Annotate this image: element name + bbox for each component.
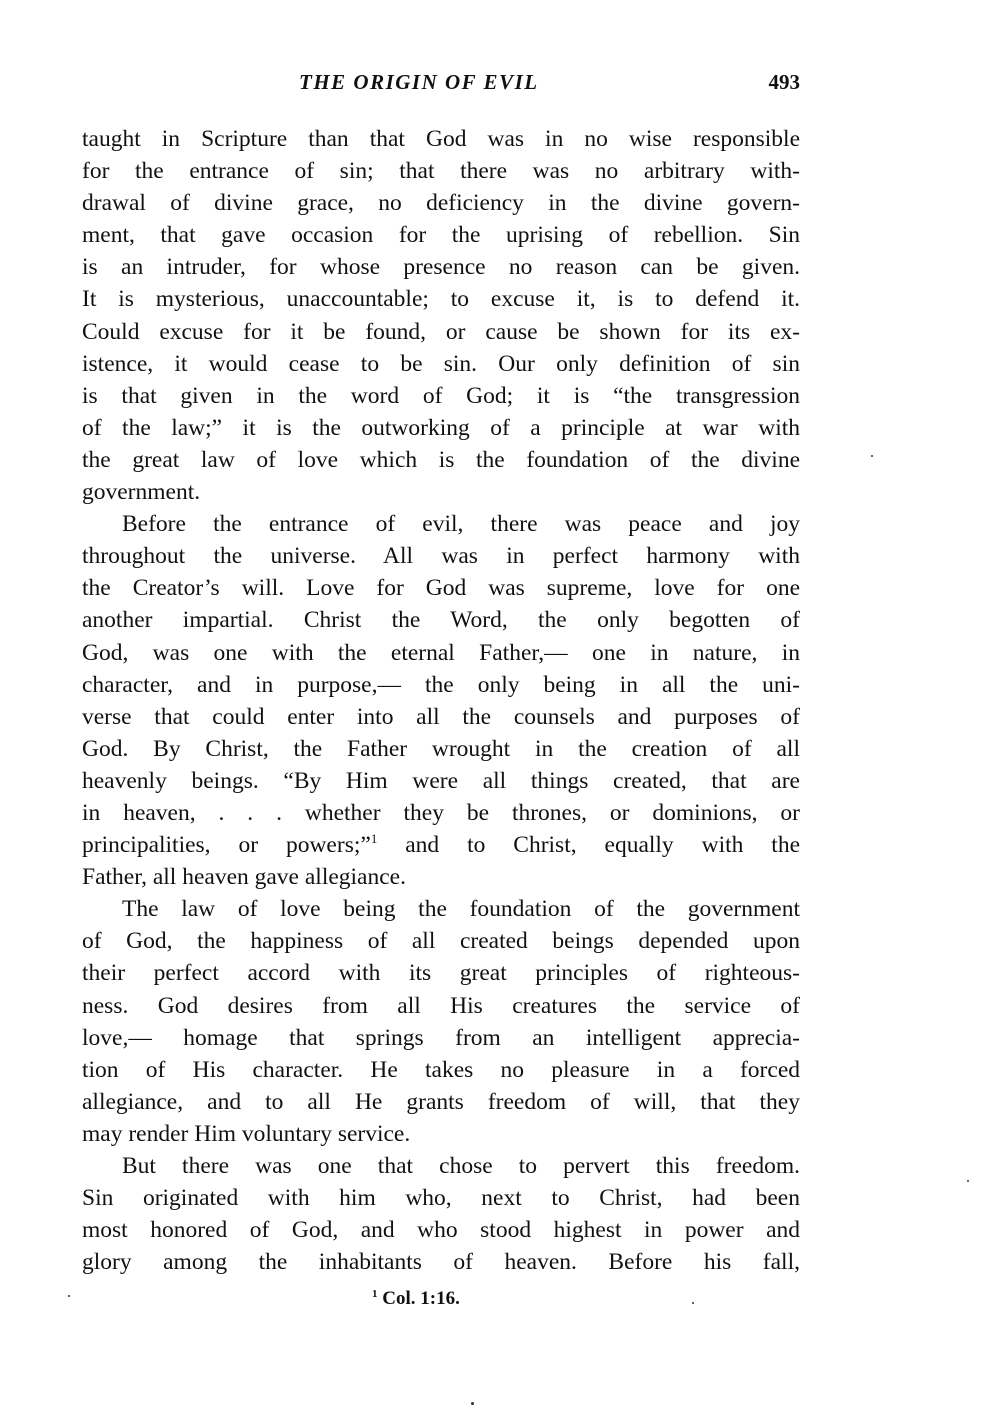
text-line: Before the entrance of evil, there was p… [82,508,800,540]
scan-speck [871,455,873,457]
text-line: drawal of divine grace, no deficiency in… [82,187,800,219]
paragraph-1: taught in Scripture than that God was in… [82,123,800,508]
footnote-text: Col. 1:16. [382,1288,460,1309]
text-line: in heaven, . . . whether they be thrones… [82,797,800,829]
text-line: Sin originated with him who, next to Chr… [82,1182,800,1214]
text-line: is an intruder, for whose presence no re… [82,251,800,283]
text-line: God, was one with the eternal Father,— o… [82,637,800,669]
footnote-marker: 1 [372,1288,378,1300]
text-line: for the entrance of sin; that there was … [82,155,800,187]
scan-speck [967,1180,969,1182]
paragraph-3: The law of love being the foundation of … [82,893,800,1150]
text-line: verse that could enter into all the coun… [82,701,800,733]
text-line: their perfect accord with its great prin… [82,957,800,989]
text-line: the great law of love which is the found… [82,444,800,476]
text-line: The law of love being the foundation of … [82,893,800,925]
text-line: character, and in purpose,— the only bei… [82,669,800,701]
text-line: the Creator’s will. Love for God was sup… [82,572,800,604]
text-line: ment, that gave occasion for the uprisin… [82,219,800,251]
text-line: ness. God desires from all His creatures… [82,990,800,1022]
text-line: tion of His character. He takes no pleas… [82,1054,800,1086]
scan-speck [692,1302,694,1304]
text-line: throughout the universe. All was in perf… [82,540,800,572]
running-title: THE ORIGIN OF EVIL [299,70,539,95]
scan-speck [471,1402,474,1405]
text-line: taught in Scripture than that God was in… [82,123,800,155]
text-line: another impartial. Christ the Word, the … [82,604,800,636]
body-text: taught in Scripture than that God was in… [82,123,800,1278]
text-line-with-footnote: principalities, or powers;”1 and to Chri… [82,829,800,861]
scan-speck [68,1295,70,1297]
text-line: love,— homage that springs from an intel… [82,1022,800,1054]
text-line: government. [82,476,800,508]
text-line: may render Him voluntary service. [82,1118,800,1150]
text-line: Could excuse for it be found, or cause b… [82,316,800,348]
footnote: 1 Col. 1:16. [372,1288,460,1310]
paragraph-4: But there was one that chose to pervert … [82,1150,800,1278]
text-line: Father, all heaven gave allegiance. [82,861,800,893]
text-line: It is mysterious, unaccountable; to excu… [82,283,800,315]
text-line: God. By Christ, the Father wrought in th… [82,733,800,765]
footnote-reference: 1 [371,831,378,846]
text-fragment: principalities, or powers;” [82,832,371,858]
book-page: THE ORIGIN OF EVIL 493 taught in Scriptu… [0,0,1000,1418]
text-line: heavenly beings. “By Him were all things… [82,765,800,797]
text-line: But there was one that chose to pervert … [82,1150,800,1182]
paragraph-2: Before the entrance of evil, there was p… [82,508,800,893]
page-number: 493 [769,70,801,95]
text-line: of the law;” it is the outworking of a p… [82,412,800,444]
text-line: is that given in the word of God; it is … [82,380,800,412]
running-head: THE ORIGIN OF EVIL 493 [82,70,800,100]
text-line: of God, the happiness of all created bei… [82,925,800,957]
text-line: istence, it would cease to be sin. Our o… [82,348,800,380]
text-line: glory among the inhabitants of heaven. B… [82,1246,800,1278]
text-line: allegiance, and to all He grants freedom… [82,1086,800,1118]
text-fragment: and to Christ, equally with the [405,832,800,858]
text-line: most honored of God, and who stood highe… [82,1214,800,1246]
